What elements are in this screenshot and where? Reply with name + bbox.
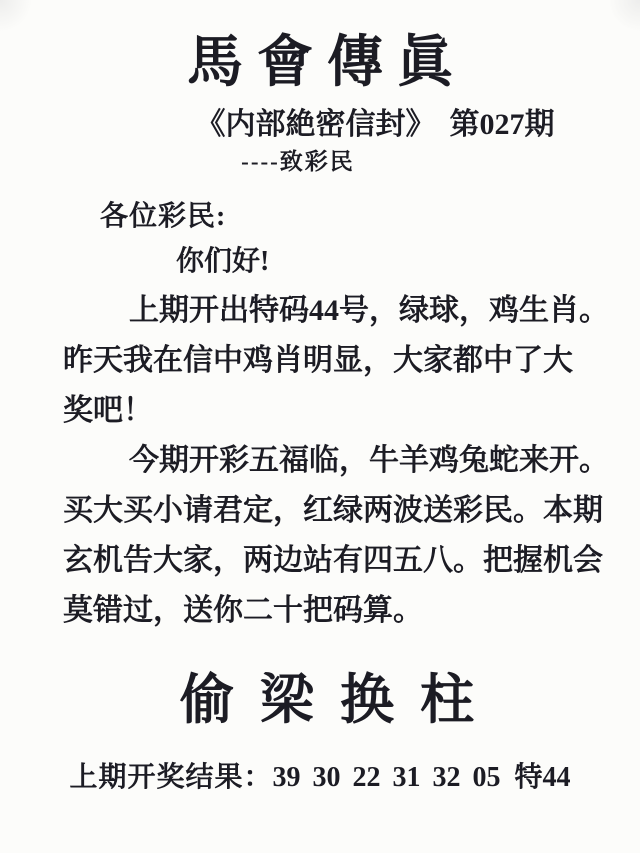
result-number: 05 [473,762,501,793]
result-number: 30 [313,762,341,793]
special-number: 特44 [515,762,571,793]
body-line: 玄机告大家，两边站有四五八。把握机会 [63,536,610,586]
result-label: 上期开奖结果： [69,762,272,793]
result-number: 22 [353,762,381,793]
issue-number: 第027期 [450,108,555,141]
greeting: 你们好! [176,238,640,286]
dedication-line: ----致彩民 [0,148,618,176]
body-line: 上期开出特码44号，绿球，鸡生肖。 [63,286,610,336]
body-line: 买大买小请君定，红绿两波送彩民。本期 [63,486,610,536]
result-number: 39 [273,762,301,793]
subtitle-envelope-label: 《内部絶密信封》 [196,108,436,141]
body-line: 昨天我在信中鸡肖明显，大家都中了大 [63,336,610,386]
document-title: 馬會傳眞 [0,0,640,100]
subtitle-row: 《内部絶密信封》第027期 [0,104,640,146]
result-number: 32 [433,762,461,793]
body-line: 奖吧！ [63,386,610,436]
subtitle: 《内部絶密信封》第027期 [196,104,555,146]
letter-body: 各位彩民: 你们好! 上期开出特码44号，绿球，鸡生肖。 昨天我在信中鸡肖明显，… [0,196,640,636]
body-line: 莫错过，送你二十把码算。 [63,586,610,636]
idiom-headline: 偷梁换柱 [0,668,640,732]
body-line: 今期开彩五福临，牛羊鸡兔蛇来开。 [63,436,610,486]
previous-draw-result: 上期开奖结果：393022313205特44 [0,758,640,798]
fax-document-page: 馬會傳眞 《内部絶密信封》第027期 ----致彩民 各位彩民: 你们好! 上期… [0,0,640,853]
result-number: 31 [393,762,421,793]
salutation: 各位彩民: [100,196,640,238]
